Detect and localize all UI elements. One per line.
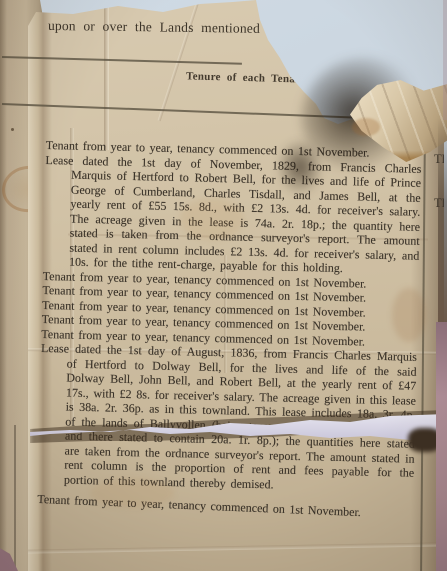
page-top-sentence-fragment: upon or over the Lands mentioned in xyxy=(48,18,348,38)
left-strip-rule-line xyxy=(14,425,16,571)
ink-speck xyxy=(11,128,14,131)
curled-paper-edge xyxy=(438,118,447,328)
desk-surface-right-edge xyxy=(443,0,447,120)
paper-crease xyxy=(28,542,444,553)
column-header-tenure: Tenure of each Tenant xyxy=(186,70,306,85)
lease-entry-1829: Lease dated the 1st day of November, 182… xyxy=(43,152,422,277)
document-photo: upon or over the Lands mentioned in Tenu… xyxy=(0,0,447,571)
tenure-column-text: Tenant from year to year, tenancy commen… xyxy=(37,138,422,515)
flap-cast-shadow xyxy=(276,138,324,196)
desk-surface-right-edge xyxy=(436,322,447,571)
tenancy-entry: Tenant from year to year, tenancy commen… xyxy=(37,492,413,522)
